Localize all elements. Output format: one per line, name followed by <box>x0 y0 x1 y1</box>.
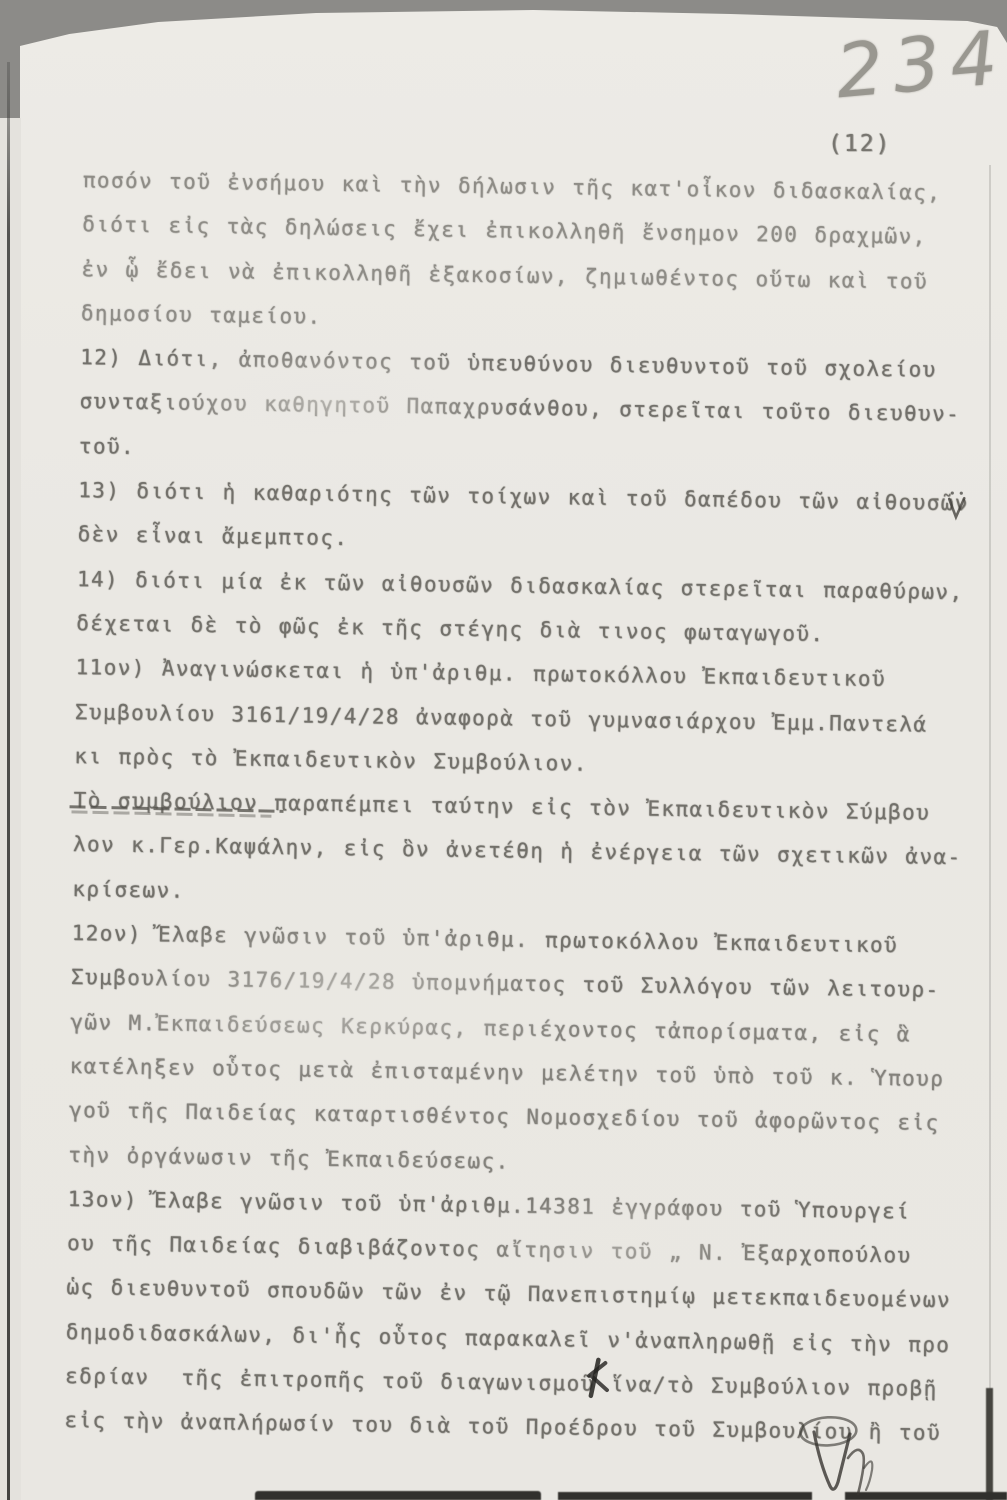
page-gutter-line <box>7 62 10 1500</box>
right-edge-shadow <box>989 165 991 1395</box>
nu-correction-mark <box>944 489 972 521</box>
underlying-page-edge <box>0 118 21 1500</box>
right-edge-dark-bar <box>986 1388 993 1500</box>
handwritten-page-number: 234 <box>833 15 1007 115</box>
typed-text-block: ποσόν τοῦ ἐνσήμου καὶ τὴν δήλωσιν τῆς κα… <box>64 158 969 1463</box>
typed-page-number: (12) <box>828 131 891 157</box>
typed-lines: ποσόν τοῦ ἐνσήμου καὶ τὴν δήλωσιν τῆς κα… <box>64 158 969 1456</box>
bold-correction-mark <box>583 1358 616 1398</box>
bottom-scan-band <box>255 1491 541 1500</box>
bottom-scan-band <box>558 1492 812 1500</box>
signature-flourish <box>806 1424 896 1500</box>
